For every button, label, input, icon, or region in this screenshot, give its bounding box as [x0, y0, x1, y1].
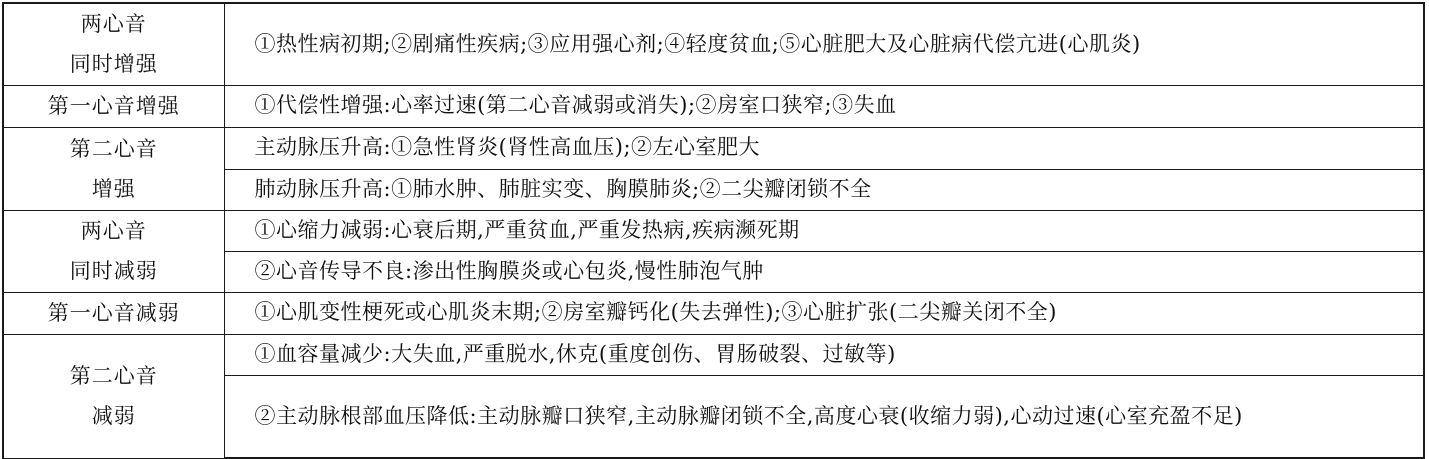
description-cell: ②主动脉根部血压降低:主动脉瓣口狭窄,主动脉瓣闭锁不全,高度心衰(收缩力弱),心… — [224, 375, 1424, 458]
category-label: 第一心音增强 — [4, 86, 224, 126]
category-cell: 第一心音减弱 — [3, 292, 224, 334]
category-cell: 第一心音增强 — [3, 85, 224, 127]
table-row: 两心音 同时增强 ①热性病初期;②剧痛性疾病;③应用强心剂;④轻度贫血;⑤心脏肥… — [3, 3, 1424, 85]
table-row: 第二心音 减弱 ①血容量减少:大失血,严重脱水,休克(重度创伤、胃肠破裂、过敏等… — [3, 334, 1424, 375]
table-row: 第一心音减弱 ①心肌变性梗死或心肌炎末期;②房室瓣钙化(失去弹性);③心脏扩张(… — [3, 292, 1424, 334]
category-label: 两心音 — [4, 211, 224, 251]
category-label: 第二心音 — [4, 356, 224, 396]
description-cell: ①血容量减少:大失血,严重脱水,休克(重度创伤、胃肠破裂、过敏等) — [224, 334, 1424, 375]
description-cell: ②心音传导不良:渗出性胸膜炎或心包炎,慢性肺泡气肿 — [224, 251, 1424, 292]
table-row: 第二心音 增强 主动脉压升高:①急性肾炎(肾性高血压);②左心室肥大 — [3, 127, 1424, 169]
category-label: 增强 — [4, 169, 224, 209]
description-cell: ①代偿性增强:心率过速(第二心音减弱或消失);②房室口狭窄;③失血 — [224, 85, 1424, 127]
category-label: 第二心音 — [4, 129, 224, 169]
category-label: 同时增强 — [4, 44, 224, 84]
description-cell: 主动脉压升高:①急性肾炎(肾性高血压);②左心室肥大 — [224, 127, 1424, 169]
category-label: 第一心音减弱 — [4, 293, 224, 333]
category-cell: 两心音 同时增强 — [3, 3, 224, 85]
description-cell: ①热性病初期;②剧痛性疾病;③应用强心剂;④轻度贫血;⑤心脏肥大及心脏病代偿亢进… — [224, 3, 1424, 85]
description-cell: ①心肌变性梗死或心肌炎末期;②房室瓣钙化(失去弹性);③心脏扩张(二尖瓣关闭不全… — [224, 292, 1424, 334]
category-label: 两心音 — [4, 4, 224, 44]
table-row: 第一心音增强 ①代偿性增强:心率过速(第二心音减弱或消失);②房室口狭窄;③失血 — [3, 85, 1424, 127]
description-cell: 肺动脉压升高:①肺水肿、肺脏实变、胸膜肺炎;②二尖瓣闭锁不全 — [224, 169, 1424, 210]
description-cell: ①心缩力减弱:心衰后期,严重贫血,严重发热病,疾病濒死期 — [224, 210, 1424, 251]
category-cell: 第二心音 减弱 — [3, 334, 224, 458]
category-cell: 第二心音 增强 — [3, 127, 224, 210]
table-row: 两心音 同时减弱 ①心缩力减弱:心衰后期,严重贫血,严重发热病,疾病濒死期 — [3, 210, 1424, 251]
category-label: 减弱 — [4, 396, 224, 436]
category-label: 同时减弱 — [4, 251, 224, 291]
category-cell: 两心音 同时减弱 — [3, 210, 224, 292]
heart-sound-table: 两心音 同时增强 ①热性病初期;②剧痛性疾病;③应用强心剂;④轻度贫血;⑤心脏肥… — [2, 2, 1425, 459]
